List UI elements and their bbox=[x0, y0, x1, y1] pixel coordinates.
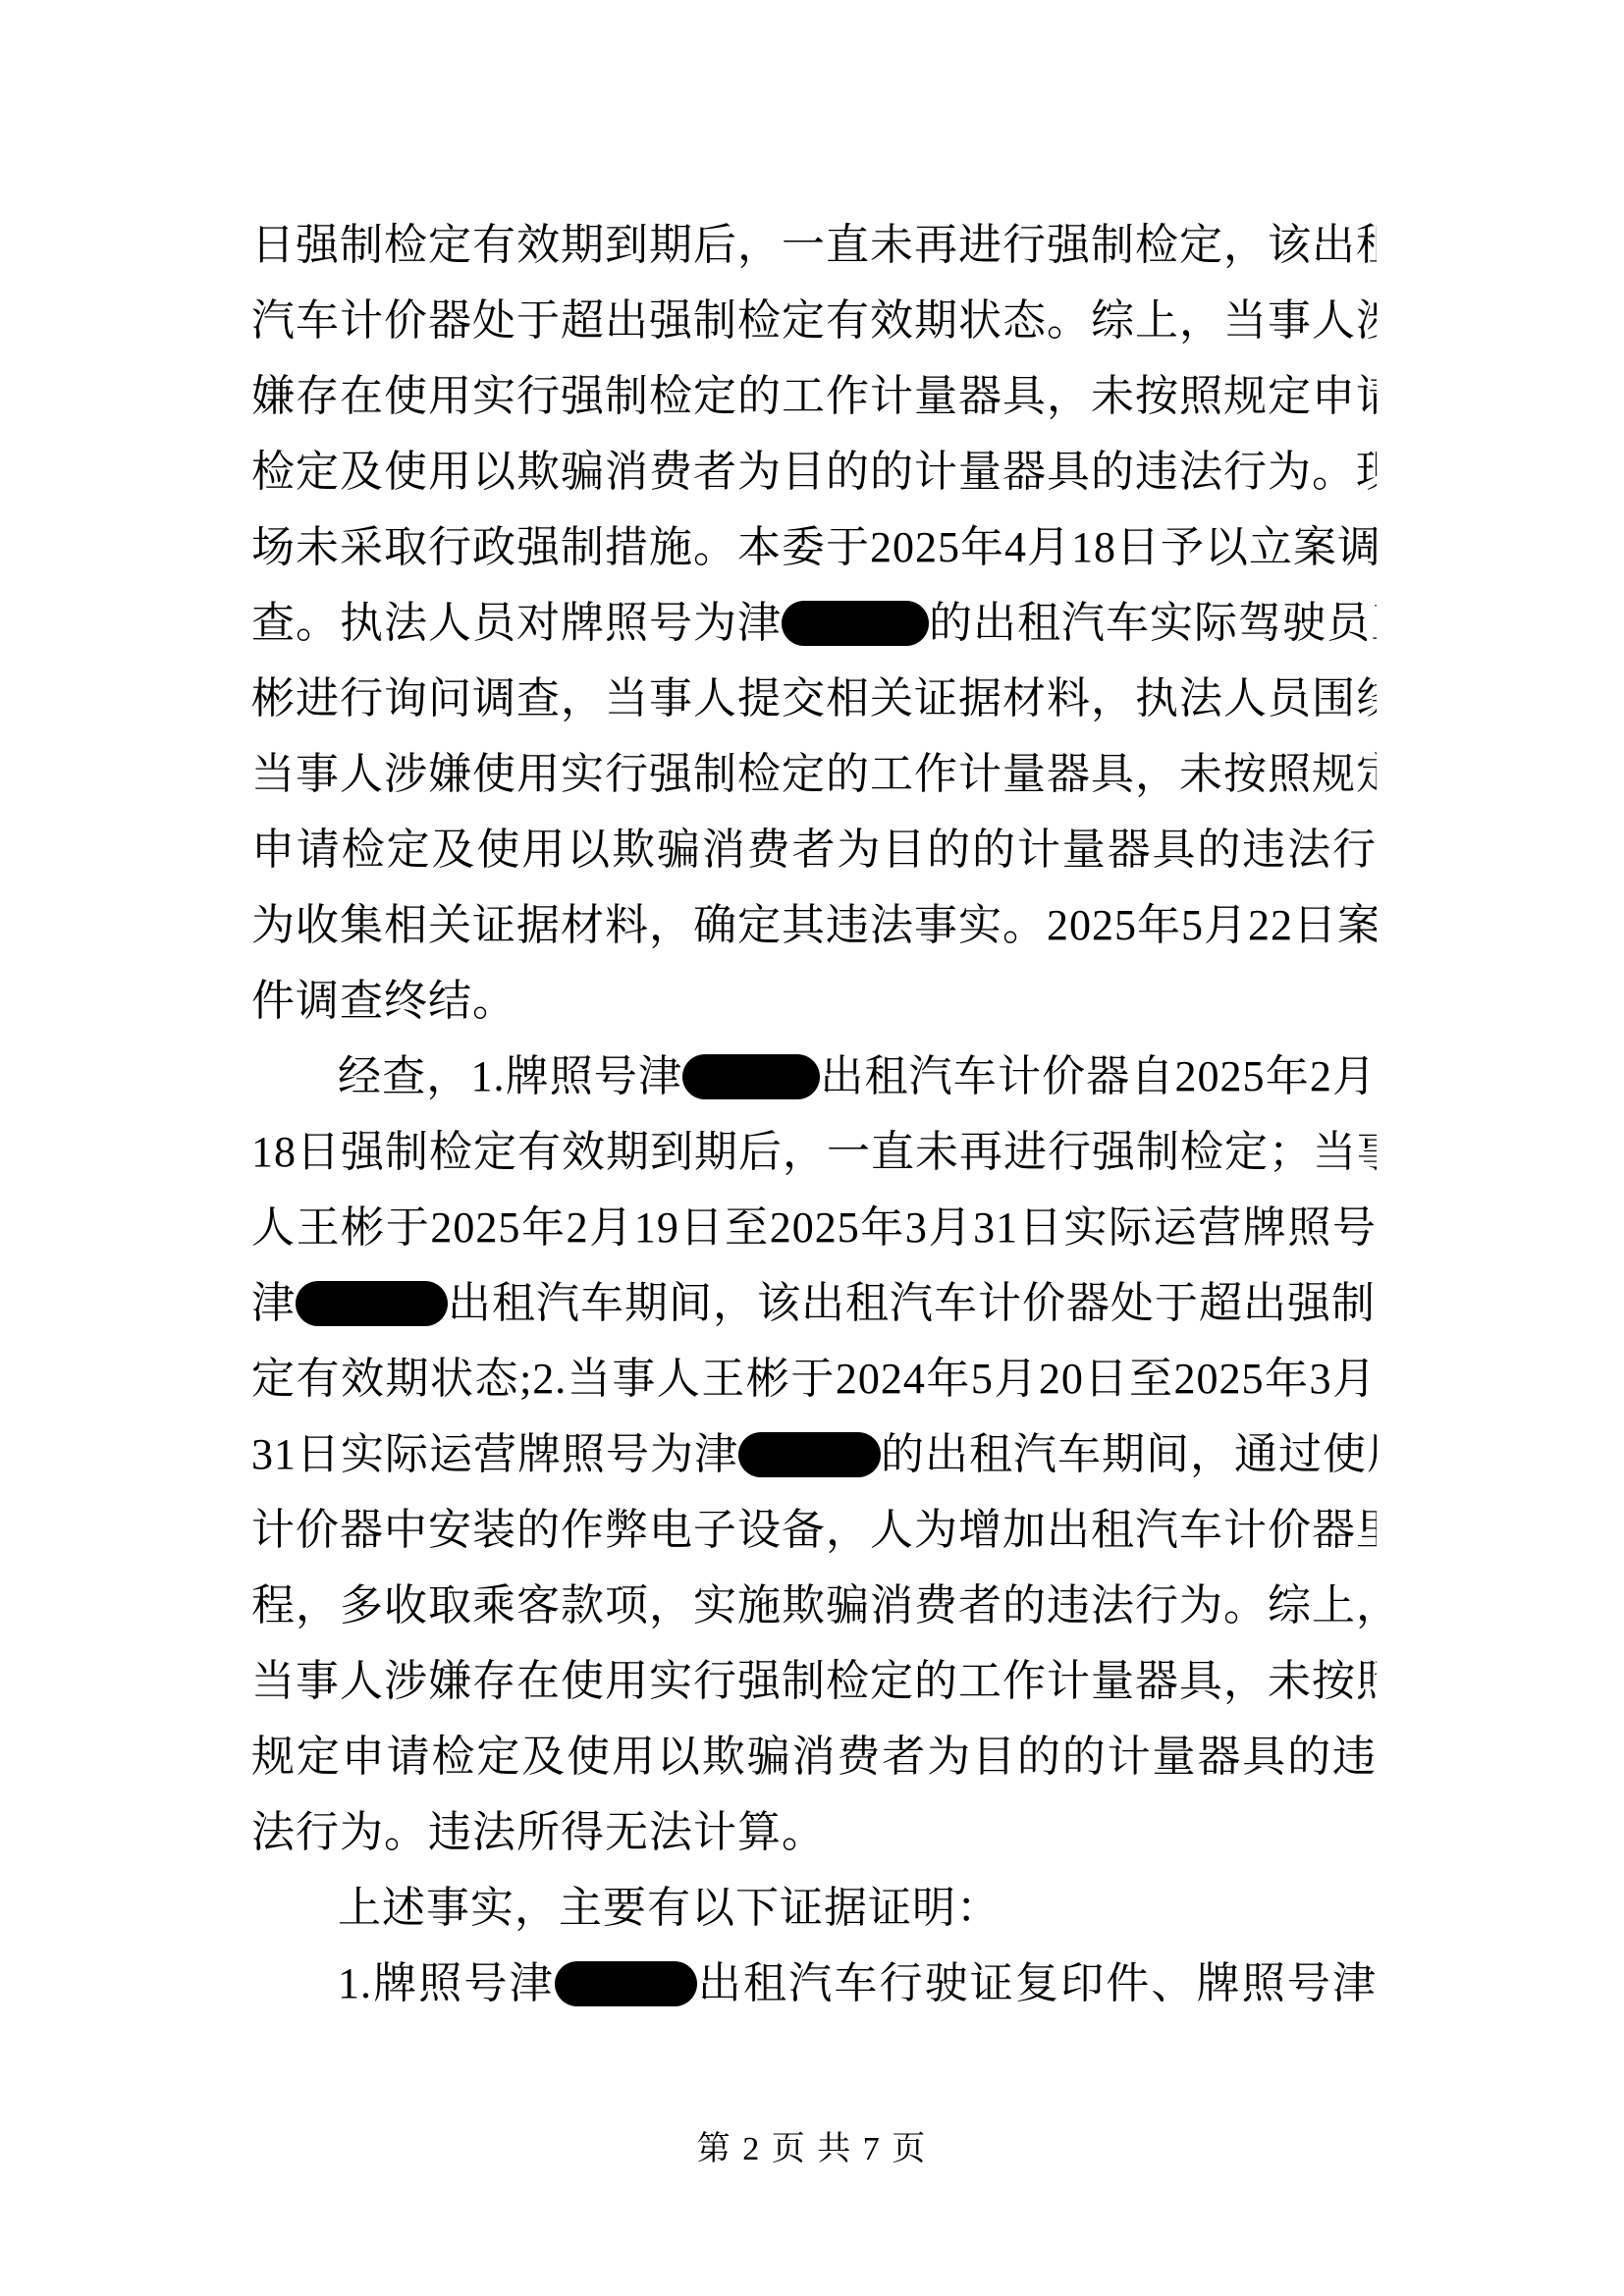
text-run: 件调查终结。 bbox=[251, 977, 516, 1025]
document-page: 日强制检定有效期到期后，一直未再进行强制检定，该出租汽车计价器处于超出强制检定有… bbox=[0, 0, 1624, 2296]
text-run: 查。执法人员对牌照号为津 bbox=[251, 599, 782, 647]
page-footer: 第 2 页 共 7 页 bbox=[0, 2122, 1624, 2177]
text-line: 计价器中安装的作弊电子设备，人为增加出租汽车计价器里 bbox=[251, 1492, 1377, 1568]
text-run: 申请检定及使用以欺骗消费者为目的的计量器具的违法行 bbox=[251, 826, 1377, 874]
text-run: 当事人涉嫌存在使用实行强制检定的工作计量器具，未按照 bbox=[251, 1657, 1377, 1705]
document-body: 日强制检定有效期到期后，一直未再进行强制检定，该出租汽车计价器处于超出强制检定有… bbox=[251, 207, 1377, 2021]
text-run: 为收集相关证据材料，确定其违法事实。2025年5月22日案 bbox=[251, 901, 1377, 949]
text-run: 检定及使用以欺骗消费者为目的的计量器具的违法行为。现 bbox=[251, 448, 1377, 496]
redaction-block bbox=[682, 1054, 820, 1099]
text-run: 人王彬于2025年2月19日至2025年3月31日实际运营牌照号 bbox=[251, 1203, 1377, 1252]
text-line: 场未采取行政强制措施。本委于2025年4月18日予以立案调 bbox=[251, 509, 1377, 585]
text-line: 程，多收取乘客款项，实施欺骗消费者的违法行为。综上， bbox=[251, 1568, 1377, 1643]
text-run: 规定申请检定及使用以欺骗消费者为目的的计量器具的违 bbox=[251, 1733, 1377, 1781]
text-run: 的出租汽车实际驾驶员王 bbox=[929, 599, 1377, 647]
text-run: 出租汽车计价器自2025年2月 bbox=[820, 1052, 1377, 1100]
text-line: 18日强制检定有效期到期后，一直未再进行强制检定；当事 bbox=[251, 1114, 1377, 1190]
text-line: 查。执法人员对牌照号为津的出租汽车实际驾驶员王 bbox=[251, 585, 1377, 661]
text-line: 经查，1.牌照号津出租汽车计价器自2025年2月 bbox=[251, 1039, 1377, 1114]
text-line: 31日实际运营牌照号为津的出租汽车期间，通过使用 bbox=[251, 1416, 1377, 1492]
text-run: 上述事实，主要有以下证据证明： bbox=[338, 1884, 1001, 1932]
redaction-block bbox=[738, 1432, 881, 1477]
text-line: 1.牌照号津出租汽车行驶证复印件、牌照号津 bbox=[251, 1946, 1377, 2021]
text-line: 件调查终结。 bbox=[251, 963, 1377, 1039]
text-run: 程，多收取乘客款项，实施欺骗消费者的违法行为。综上， bbox=[251, 1581, 1377, 1629]
text-line: 彬进行询问调查，当事人提交相关证据材料，执法人员围绕 bbox=[251, 661, 1377, 736]
text-line: 汽车计价器处于超出强制检定有效期状态。综上，当事人涉 bbox=[251, 283, 1377, 358]
text-run: 汽车计价器处于超出强制检定有效期状态。综上，当事人涉 bbox=[251, 296, 1377, 345]
text-line: 定有效期状态;2.当事人王彬于2024年5月20日至2025年3月 bbox=[251, 1341, 1377, 1416]
text-run: 津 bbox=[251, 1279, 296, 1327]
text-run: 嫌存在使用实行强制检定的工作计量器具，未按照规定申请 bbox=[251, 372, 1377, 420]
text-run: 1.牌照号津 bbox=[338, 1959, 555, 2007]
text-run: 日强制检定有效期到期后，一直未再进行强制检定，该出租 bbox=[251, 221, 1377, 269]
redaction-block bbox=[555, 1961, 697, 2006]
text-line: 申请检定及使用以欺骗消费者为目的的计量器具的违法行 bbox=[251, 812, 1377, 887]
text-line: 法行为。违法所得无法计算。 bbox=[251, 1794, 1377, 1870]
text-run: 31日实际运营牌照号为津 bbox=[251, 1430, 738, 1478]
text-run: 当事人涉嫌使用实行强制检定的工作计量器具，未按照规定 bbox=[251, 750, 1377, 798]
page-footer-text: 第 2 页 共 7 页 bbox=[697, 2131, 928, 2167]
text-run: 场未采取行政强制措施。本委于2025年4月18日予以立案调 bbox=[251, 523, 1377, 571]
text-line: 上述事实，主要有以下证据证明： bbox=[251, 1870, 1377, 1946]
text-run: 法行为。违法所得无法计算。 bbox=[251, 1808, 826, 1856]
text-line: 当事人涉嫌存在使用实行强制检定的工作计量器具，未按照 bbox=[251, 1643, 1377, 1719]
text-run: 彬进行询问调查，当事人提交相关证据材料，执法人员围绕 bbox=[251, 674, 1377, 722]
text-run: 18日强制检定有效期到期后，一直未再进行强制检定；当事 bbox=[251, 1128, 1377, 1176]
text-line: 人王彬于2025年2月19日至2025年3月31日实际运营牌照号 bbox=[251, 1190, 1377, 1265]
redaction-block bbox=[296, 1281, 448, 1326]
text-run: 计价器中安装的作弊电子设备，人为增加出租汽车计价器里 bbox=[251, 1506, 1377, 1554]
text-run: 的出租汽车期间，通过使用 bbox=[881, 1430, 1377, 1478]
text-line: 规定申请检定及使用以欺骗消费者为目的的计量器具的违 bbox=[251, 1719, 1377, 1794]
text-run: 出租汽车期间，该出租汽车计价器处于超出强制检 bbox=[448, 1279, 1377, 1327]
text-run: 定有效期状态;2.当事人王彬于2024年5月20日至2025年3月 bbox=[251, 1355, 1377, 1403]
text-run: 出租汽车行驶证复印件、牌照号津 bbox=[697, 1959, 1377, 2007]
redaction-block bbox=[782, 601, 929, 646]
text-run: 经查，1.牌照号津 bbox=[338, 1052, 682, 1100]
text-line: 为收集相关证据材料，确定其违法事实。2025年5月22日案 bbox=[251, 887, 1377, 963]
text-line: 检定及使用以欺骗消费者为目的的计量器具的违法行为。现 bbox=[251, 434, 1377, 509]
text-line: 日强制检定有效期到期后，一直未再进行强制检定，该出租 bbox=[251, 207, 1377, 283]
text-line: 津出租汽车期间，该出租汽车计价器处于超出强制检 bbox=[251, 1265, 1377, 1341]
text-line: 当事人涉嫌使用实行强制检定的工作计量器具，未按照规定 bbox=[251, 736, 1377, 812]
text-line: 嫌存在使用实行强制检定的工作计量器具，未按照规定申请 bbox=[251, 358, 1377, 434]
